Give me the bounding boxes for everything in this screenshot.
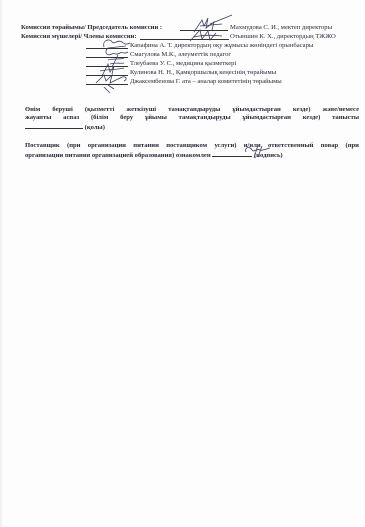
- member-name: Кулинова Н. Н., Қамқоршылық кеңесінің тө…: [130, 69, 276, 77]
- member-name: Смагулова М.К., әлеуметтік педагог: [130, 51, 231, 59]
- signature-underline: [25, 122, 83, 129]
- kazakh-line-1: Өнім беруші (қызметті жеткізуші тамақтан…: [25, 106, 359, 114]
- signature-caption: (қолы): [85, 124, 105, 131]
- member-signature-icon-6: [94, 71, 130, 95]
- scan-edge-shadow: [0, 0, 3, 527]
- kazakh-line-2: жауапты аспаз (білім беру ұйымы тамақтан…: [25, 114, 359, 122]
- member-signature-icon-1: [188, 27, 226, 43]
- chair-label: Комиссия төрайымы/ Председатель комиссии…: [21, 24, 162, 32]
- document-page: Комиссия төрайымы/ Председатель комиссии…: [0, 0, 365, 527]
- russian-line-2-text: организации питания организацией образов…: [25, 152, 211, 159]
- member-name: Отыншин К. Х., директордың ТЖЖО: [230, 33, 336, 41]
- member-name: Джаксембенова Г. ата – аналар комитетіні…: [130, 78, 282, 86]
- russian-acknowledgement-paragraph: Поставщик (при организации питании поста…: [25, 142, 359, 160]
- kazakh-line-3: (қолы): [25, 122, 359, 132]
- russian-line-1: Поставщик (при организации питании поста…: [25, 142, 359, 150]
- member-name: Капафина А. Т. директордың оқу жұмысы жө…: [130, 42, 313, 50]
- chair-name: Махмудова С. И., мектеп директоры: [230, 24, 332, 32]
- kazakh-acknowledgement-paragraph: Өнім беруші (қызметті жеткізуші тамақтан…: [25, 106, 359, 132]
- russian-signature-icon: [242, 143, 274, 159]
- russian-line-2: организации питания организацией образов…: [25, 150, 359, 160]
- member-name: Тлеубаева У. С., медицина қызметкері: [130, 60, 236, 68]
